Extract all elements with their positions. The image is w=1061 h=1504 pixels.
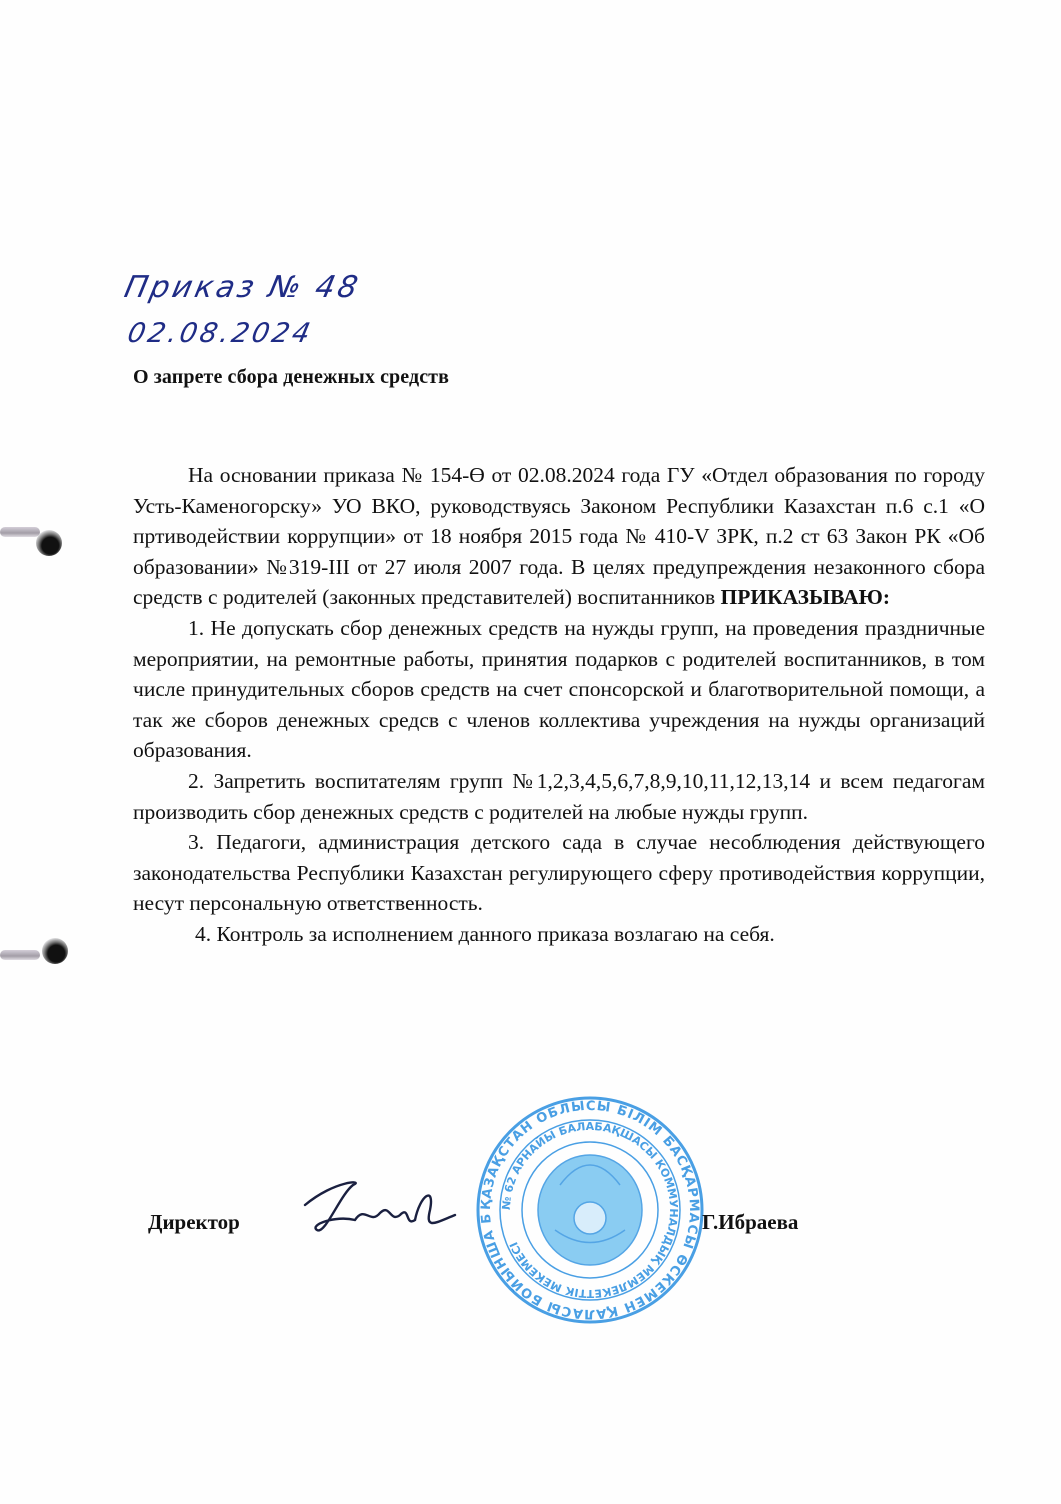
order-item-4: 4. Контроль за исполнением данного прика…: [133, 919, 985, 950]
handwritten-order-number: Приказ № 48: [121, 270, 363, 305]
document-title: О запрете сбора денежных средств: [133, 366, 449, 389]
binding-hole-bottom: [42, 938, 68, 964]
signatory-title: Директор: [148, 1210, 240, 1235]
document-body: На основании приказа № 154-Ө от 02.08.20…: [133, 460, 985, 950]
binding-ring-top: [0, 527, 40, 537]
signatory-name: Г.Ибраева: [702, 1210, 798, 1235]
order-item-2: 2. Запретить воспитателям групп №1,2,3,4…: [133, 766, 985, 827]
document-page: Приказ № 48 02.08.2024 О запрете сбора д…: [0, 0, 1061, 1504]
order-word: ПРИКАЗЫВАЮ:: [720, 585, 890, 609]
handwritten-order-date: 02.08.2024: [125, 318, 316, 349]
binding-ring-bottom: [0, 950, 40, 960]
order-item-1: 1. Не допускать сбор денежных средств на…: [133, 613, 985, 766]
order-item-3: 3. Педагоги, администрация детского сада…: [133, 827, 985, 919]
binding-hole-top: [36, 530, 62, 556]
preamble-paragraph: На основании приказа № 154-Ө от 02.08.20…: [133, 460, 985, 613]
handwritten-signature: [295, 1175, 465, 1245]
official-stamp: ҚАЗАҚСТАН ОБЛЫСЫ БІЛІМ БАСҚАРМАСЫ ӨСКЕМЕ…: [470, 1090, 710, 1330]
